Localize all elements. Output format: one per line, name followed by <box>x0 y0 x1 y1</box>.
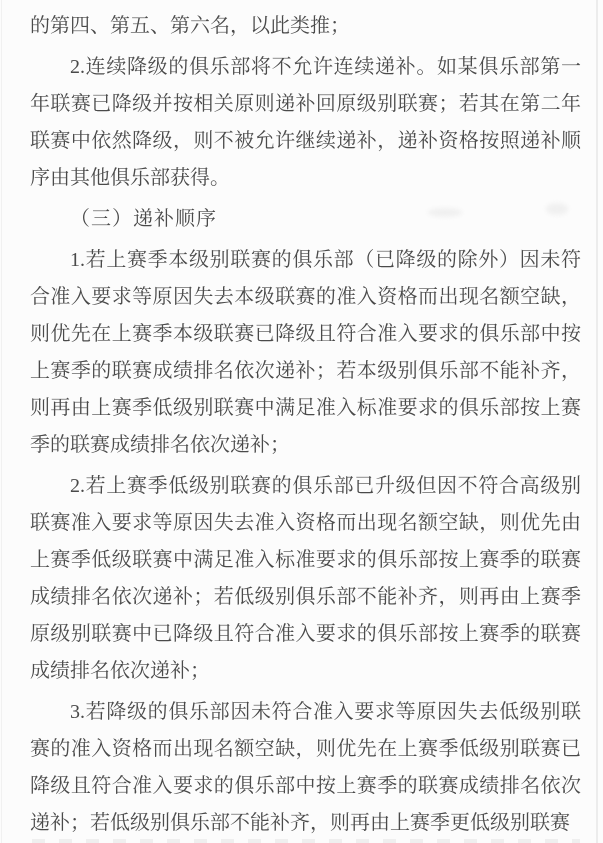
paragraph: 3.若降级的俱乐部因未符合准入要求等原因失去低级别联赛的准入资格而出现名额空缺，… <box>30 694 581 842</box>
paragraph: 2.连续降级的俱乐部将不允许连续递补。如某俱乐部第一年联赛已降级并按相关原则递补… <box>30 49 581 197</box>
section-heading: （三）递补顺序 <box>30 201 581 238</box>
paragraph: 的第四、第五、第六名，以此类推； <box>30 8 581 45</box>
scan-edge-right <box>596 0 598 843</box>
paragraph: 2.若上赛季低级别联赛的俱乐部已升级但因不符合高级别联赛准入要求等原因失去准入资… <box>30 468 581 690</box>
document-page: 的第四、第五、第六名，以此类推；2.连续降级的俱乐部将不允许连续递补。如某俱乐部… <box>0 0 603 843</box>
scan-edge-left <box>1 0 2 843</box>
scan-smudge <box>546 203 568 215</box>
paragraph: 1.若上赛季本级别联赛的俱乐部（已降级的除外）因未符合准入要求等原因失去本级联赛… <box>30 242 581 464</box>
text-block: 的第四、第五、第六名，以此类推；2.连续降级的俱乐部将不允许连续递补。如某俱乐部… <box>30 8 581 843</box>
scan-smudge <box>428 208 462 217</box>
cutoff-next-line <box>32 839 580 843</box>
